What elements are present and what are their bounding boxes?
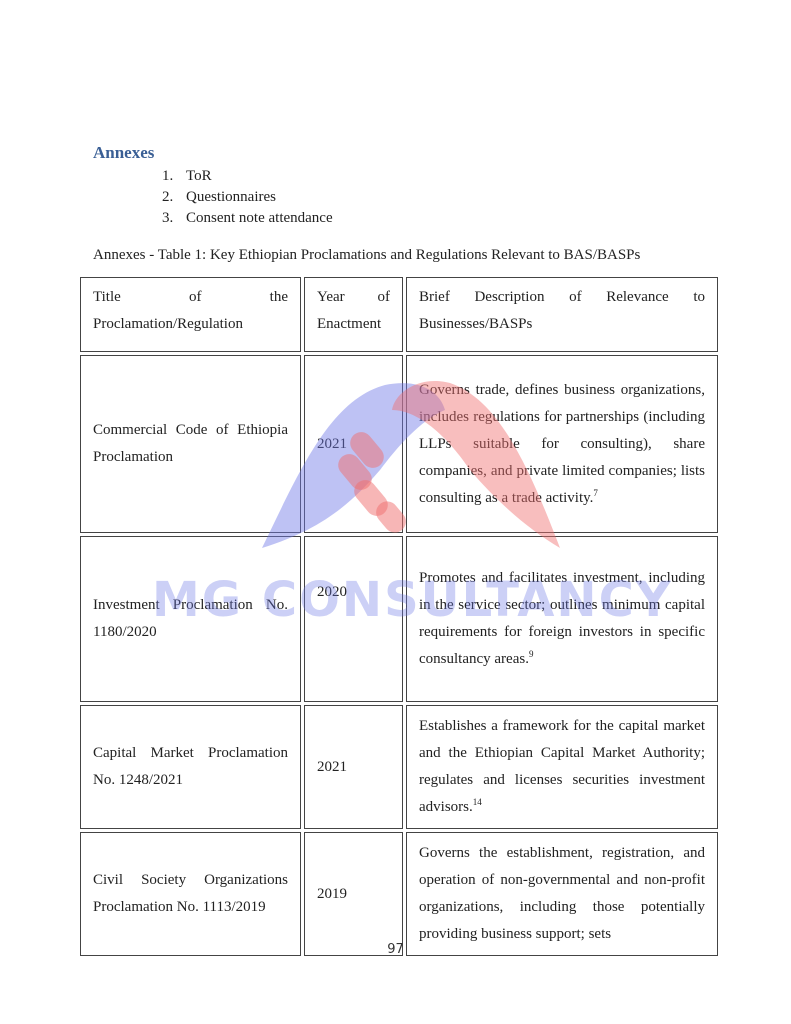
annex-item-label: ToR bbox=[186, 166, 212, 187]
annex-list-item: 3.Consent note attendance bbox=[162, 208, 333, 229]
table-caption: Annexes - Table 1: Key Ethiopian Proclam… bbox=[93, 247, 640, 264]
table-row: Commercial Code of Ethiopia Proclamation… bbox=[80, 355, 718, 533]
header-title: Title of the Proclamation/Regulation bbox=[80, 277, 301, 352]
annex-list-item: 1.ToR bbox=[162, 166, 333, 187]
cell-title: Civil Society Organizations Proclamation… bbox=[80, 832, 301, 956]
page-number: 97 bbox=[0, 942, 791, 957]
annex-list: 1.ToR 2.Questionnaires 3.Consent note at… bbox=[162, 166, 333, 229]
cell-title: Investment Proclamation No. 1180/2020 bbox=[80, 536, 301, 702]
annex-item-label: Questionnaires bbox=[186, 187, 276, 208]
annex-item-label: Consent note attendance bbox=[186, 208, 333, 229]
cell-year: 2021 bbox=[304, 705, 403, 829]
cell-description: Governs trade, defines business organiza… bbox=[406, 355, 718, 533]
header-year: Year of Enactment bbox=[304, 277, 403, 352]
footnote-ref[interactable]: 9 bbox=[529, 649, 534, 659]
table-header-row: Title of the Proclamation/Regulation Yea… bbox=[80, 277, 718, 352]
table-row: Civil Society Organizations Proclamation… bbox=[80, 832, 718, 956]
annexes-heading: Annexes bbox=[93, 143, 154, 163]
annex-list-item: 2.Questionnaires bbox=[162, 187, 333, 208]
cell-title: Commercial Code of Ethiopia Proclamation bbox=[80, 355, 301, 533]
header-description: Brief Description of Relevance to Busine… bbox=[406, 277, 718, 352]
cell-year: 2020 bbox=[304, 536, 403, 702]
document-page: Annexes 1.ToR 2.Questionnaires 3.Consent… bbox=[0, 0, 791, 1024]
footnote-ref[interactable]: 14 bbox=[473, 797, 482, 807]
cell-year: 2021 bbox=[304, 355, 403, 533]
cell-year: 2019 bbox=[304, 832, 403, 956]
proclamations-table: Title of the Proclamation/Regulation Yea… bbox=[77, 274, 721, 959]
table-row: Capital Market Proclamation No. 1248/202… bbox=[80, 705, 718, 829]
cell-description: Governs the establishment, registration,… bbox=[406, 832, 718, 956]
footnote-ref[interactable]: 7 bbox=[593, 488, 598, 498]
cell-description: Establishes a framework for the capital … bbox=[406, 705, 718, 829]
table-row: Investment Proclamation No. 1180/2020 20… bbox=[80, 536, 718, 702]
cell-title: Capital Market Proclamation No. 1248/202… bbox=[80, 705, 301, 829]
cell-description: Promotes and facilitates investment, inc… bbox=[406, 536, 718, 702]
